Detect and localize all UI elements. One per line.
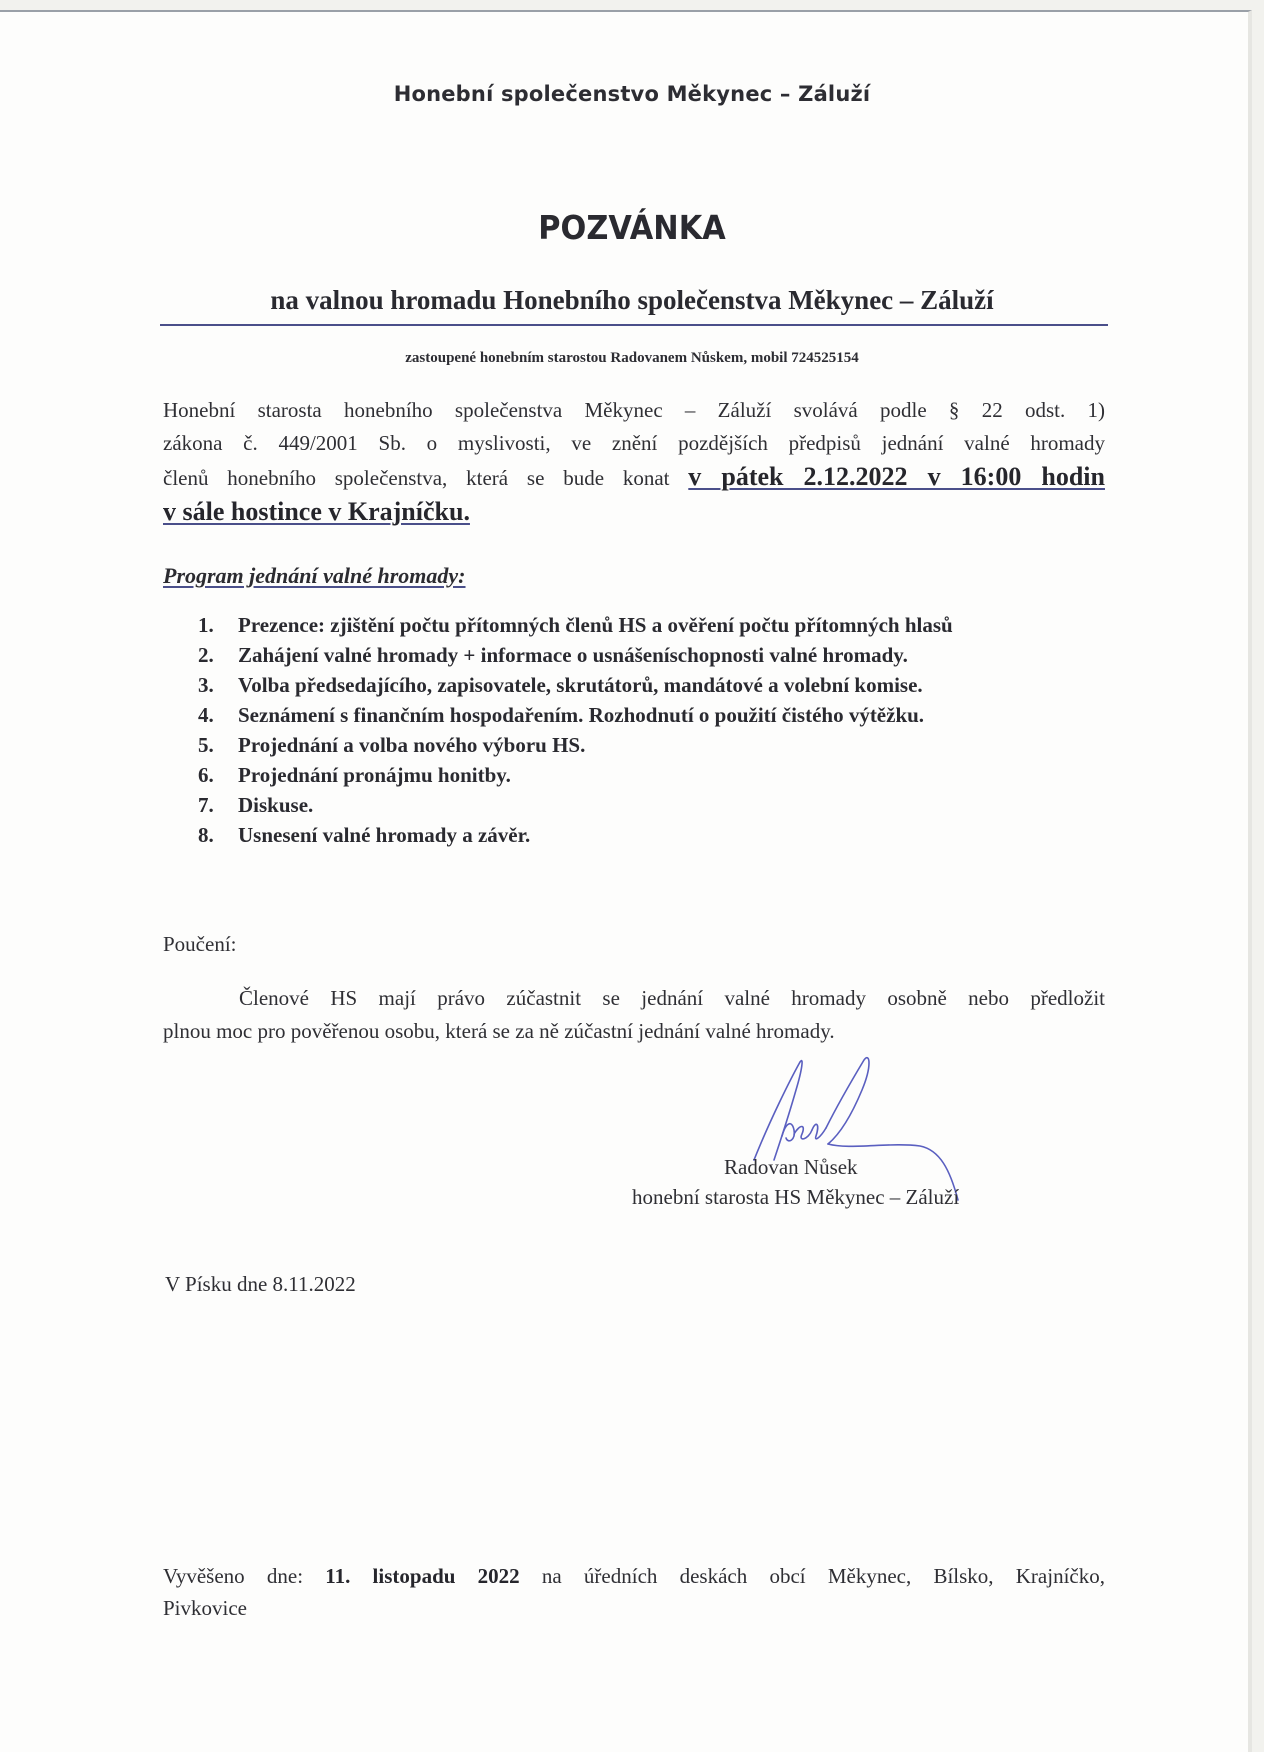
title-divider — [160, 324, 1108, 326]
signer-name: Radovan Nůsek — [724, 1155, 858, 1180]
program-item-number: 7. — [198, 790, 238, 820]
intro-paragraph: Honební starosta honebního společenstva … — [163, 394, 1105, 530]
intro-line-4: v sále hostince v Krajníčku. — [163, 495, 1105, 530]
program-item-text: Projednání pronájmu honitby. — [238, 763, 511, 787]
meeting-date-time: v pátek 2.12.2022 v 16:00 hodin — [688, 462, 1105, 491]
program-item-number: 1. — [198, 610, 238, 640]
posting-suffix: na úředních deskách obcí Měkynec, Bílsko… — [520, 1564, 1105, 1588]
notice-line-2: plnou moc pro pověřenou osobu, která se … — [163, 1015, 1105, 1048]
program-item-number: 6. — [198, 760, 238, 790]
document-subtitle: na valnou hromadu Honebního společenstva… — [0, 285, 1264, 316]
program-item-text: Zahájení valné hromady + informace o usn… — [238, 643, 908, 667]
representative-line: zastoupené honebním starostou Radovanem … — [0, 350, 1264, 367]
program-item: 4.Seznámení s finančním hospodařením. Ro… — [198, 700, 953, 730]
place-and-date: V Písku dne 8.11.2022 — [165, 1272, 356, 1297]
program-heading: Program jednání valné hromady: — [163, 563, 466, 589]
posting-line-2: Pivkovice — [163, 1592, 1105, 1624]
intro-line-2: zákona č. 449/2001 Sb. o myslivosti, ve … — [163, 427, 1105, 460]
program-item-text: Usnesení valné hromady a závěr. — [238, 823, 530, 847]
program-item-number: 3. — [198, 670, 238, 700]
signer-role: honební starosta HS Měkynec – Záluží — [632, 1185, 959, 1210]
posting-line-1: Vyvěšeno dne: 11. listopadu 2022 na úřed… — [163, 1560, 1105, 1592]
document-title: POZVÁNKA — [51, 208, 1214, 247]
program-item-text: Diskuse. — [238, 793, 313, 817]
program-item-text: Projednání a volba nového výboru HS. — [238, 733, 585, 757]
program-list: 1.Prezence: zjištění počtu přítomných čl… — [198, 610, 953, 850]
program-item: 6.Projednání pronájmu honitby. — [198, 760, 953, 790]
program-item-text: Volba předsedajícího, zapisovatele, skru… — [238, 673, 923, 697]
notice-paragraph: Členové HS mají právo zúčastnit se jedná… — [163, 982, 1105, 1048]
program-item: 8.Usnesení valné hromady a závěr. — [198, 820, 953, 850]
program-item-text: Seznámení s finančním hospodařením. Rozh… — [238, 703, 924, 727]
meeting-location: v sále hostince v Krajníčku. — [163, 497, 470, 526]
intro-line-3: členů honebního společenstva, která se b… — [163, 460, 1105, 495]
program-item-text: Prezence: zjištění počtu přítomných člen… — [238, 613, 953, 637]
organization-heading: Honební společenstvo Měkynec – Záluží — [0, 82, 1264, 106]
program-item: 3.Volba předsedajícího, zapisovatele, sk… — [198, 670, 953, 700]
posting-date: 11. listopadu 2022 — [325, 1564, 519, 1588]
program-item: 5.Projednání a volba nového výboru HS. — [198, 730, 953, 760]
intro-line-3-text: členů honebního společenstva, která se b… — [163, 466, 688, 490]
intro-line-1: Honební starosta honebního společenstva … — [163, 394, 1105, 427]
notice-line-1: Členové HS mají právo zúčastnit se jedná… — [163, 982, 1105, 1015]
program-item-number: 4. — [198, 700, 238, 730]
posting-prefix: Vyvěšeno dne: — [163, 1564, 325, 1588]
program-item: 1.Prezence: zjištění počtu přítomných čl… — [198, 610, 953, 640]
program-item: 7.Diskuse. — [198, 790, 953, 820]
program-item-number: 2. — [198, 640, 238, 670]
program-item-number: 5. — [198, 730, 238, 760]
posting-notice: Vyvěšeno dne: 11. listopadu 2022 na úřed… — [163, 1560, 1105, 1624]
program-item: 2.Zahájení valné hromady + informace o u… — [198, 640, 953, 670]
program-item-number: 8. — [198, 820, 238, 850]
notice-label: Poučení: — [163, 932, 237, 957]
document-page — [0, 10, 1252, 1752]
